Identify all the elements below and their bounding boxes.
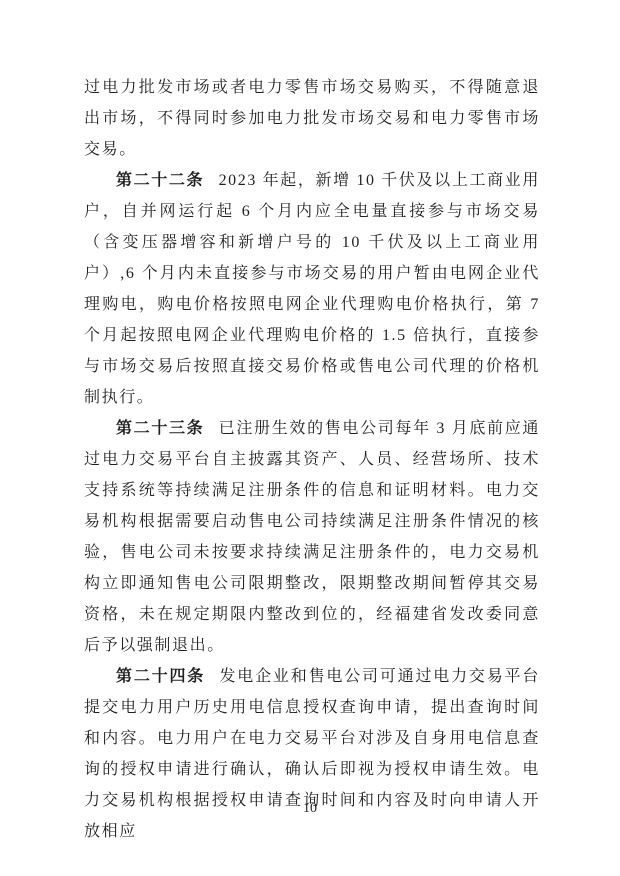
paragraph-article-22: 第二十二条2023 年起，新增 10 千伏及以上工商业用户，自并网运行起 6 个… xyxy=(84,165,540,413)
page-number: 10 xyxy=(0,801,620,817)
paragraph-continuation: 过电力批发市场或者电力零售市场交易购买，不得随意退出市场，不得同时参加电力批发市… xyxy=(84,72,540,165)
paragraph-article-24: 第二十四条发电企业和售电公司可通过电力交易平台提交电力用户历史用电信息授权查询申… xyxy=(84,661,540,847)
paragraph-text: 2023 年起，新增 10 千伏及以上工商业用户，自并网运行起 6 个月内应全电… xyxy=(84,172,540,406)
paragraph-text: 已注册生效的售电公司每年 3 月底前应通过电力交易平台自主披露其资产、人员、经营… xyxy=(84,420,540,654)
document-body: 过电力批发市场或者电力零售市场交易购买，不得随意退出市场，不得同时参加电力批发市… xyxy=(84,72,540,847)
article-22-heading: 第二十二条 xyxy=(116,172,204,189)
paragraph-text: 过电力批发市场或者电力零售市场交易购买，不得随意退出市场，不得同时参加电力批发市… xyxy=(84,79,540,158)
paragraph-article-23: 第二十三条已注册生效的售电公司每年 3 月底前应通过电力交易平台自主披露其资产、… xyxy=(84,413,540,661)
article-24-heading: 第二十四条 xyxy=(116,668,205,685)
article-23-heading: 第二十三条 xyxy=(116,420,204,437)
document-page: 过电力批发市场或者电力零售市场交易购买，不得随意退出市场，不得同时参加电力批发市… xyxy=(0,0,620,876)
